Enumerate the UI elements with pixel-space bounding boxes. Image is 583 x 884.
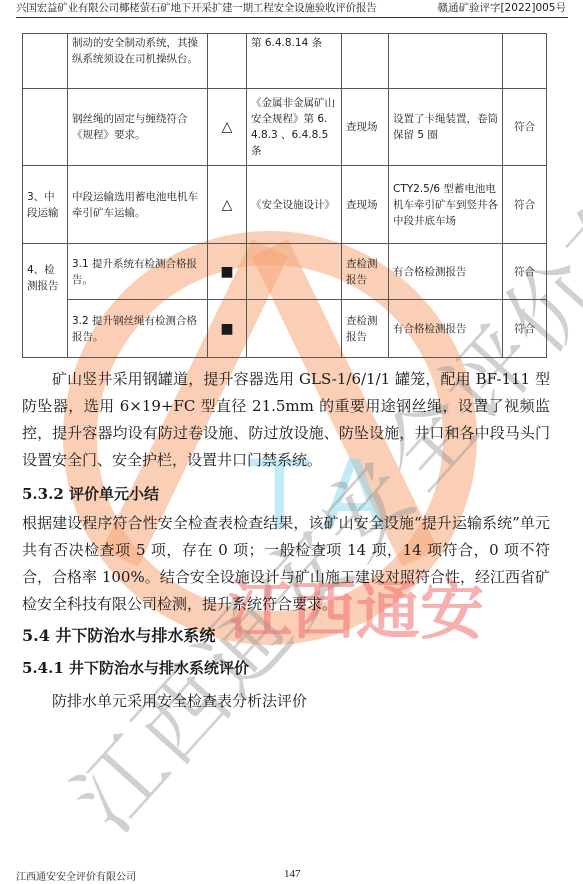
result-cell: 符合 [503,166,547,244]
table-row: 3、中段运输 中段运输选用蓄电池电机车牵引矿车运输。 △ 《安全设施设计》 查现… [23,166,547,244]
content-cell: 中段运输选用蓄电池电机车牵引矿车运输。 [68,166,208,244]
basis-cell: 《安全设施设计》 [247,166,342,244]
heading-5-4-1: 5.4.1 井下防治水与排水系统评价 [22,656,550,680]
actual-cell: 设置了卡绳装置，卷筒保留 5 圈 [389,89,503,166]
type-cell: △ [208,166,247,244]
result-cell: 符合 [503,300,547,358]
item-cell: 4、检测报告 [23,244,68,358]
paragraph-unit-summary: 根据建设程序符合性安全检查表检查结果，该矿山安全设施“提升运输系统”单元共有否决… [22,510,550,618]
content-cell: 钢丝绳的固定与缠绕符合《规程》要求。 [68,89,208,166]
table-row: 制动的安全制动系统，其操纵系统须设在司机操纵台。 第 6.4.8.14 条 [23,34,547,89]
result-cell [503,34,547,89]
document-number: 赣通矿验评字[2022]005号 [438,0,566,16]
method-cell: 查现场 [342,89,389,166]
type-cell [208,34,247,89]
page-header: 兴国宏益矿业有限公司椰栳萤石矿地下开采扩建一期工程安全设施验收评价报告 赣通矿验… [16,0,568,18]
basis-cell: 第 6.4.8.14 条 [247,34,342,89]
type-cell: ■ [208,300,247,358]
table-row: 钢丝绳的固定与缠绕符合《规程》要求。 △ 《金属非金属矿山安全规程》第 6.4.… [23,89,547,166]
type-cell: △ [208,89,247,166]
body-content: 矿山竖井采用钢罐道，提升容器选用 GLS-1/6/1/1 罐笼，配用 BF-11… [22,366,550,715]
actual-cell [389,34,503,89]
footer-company: 江西通安安全评价有限公司 [16,868,136,883]
heading-5-4: 5.4 井下防治水与排水系统 [22,624,550,648]
item-cell: 3、中段运输 [23,166,68,244]
method-cell: 查检测报告 [342,300,389,358]
actual-cell: 有合格检测报告 [389,300,503,358]
actual-cell: 有合格检测报告 [389,244,503,300]
table-row: 4、检测报告 3.1 提升系统有检测合格报告。 ■ 查检测报告 有合格检测报告 … [23,244,547,300]
basis-cell: 《金属非金属矿山安全规程》第 6.4.8.3 、6.4.8.5 条 [247,89,342,166]
method-cell: 查检测报告 [342,244,389,300]
content-cell: 3.1 提升系统有检测合格报告。 [68,244,208,300]
paragraph-hoist-description: 矿山竖井采用钢罐道，提升容器选用 GLS-1/6/1/1 罐笼，配用 BF-11… [22,366,550,474]
type-cell: ■ [208,244,247,300]
report-title: 兴国宏益矿业有限公司椰栳萤石矿地下开采扩建一期工程安全设施验收评价报告 [16,0,377,16]
content-cell: 3.2 提升钢丝绳有检测合格报告。 [68,300,208,358]
result-cell: 符合 [503,89,547,166]
method-cell [342,34,389,89]
safety-checklist-table: 制动的安全制动系统，其操纵系统须设在司机操纵台。 第 6.4.8.14 条 钢丝… [22,33,547,358]
basis-cell [247,244,342,300]
item-cell [23,89,68,166]
item-cell [23,34,68,89]
basis-cell [247,300,342,358]
heading-5-3-2: 5.3.2 评价单元小结 [22,482,550,506]
method-cell: 查现场 [342,166,389,244]
content-cell: 制动的安全制动系统，其操纵系统须设在司机操纵台。 [68,34,208,89]
table-row: 3.2 提升钢丝绳有检测合格报告。 ■ 查检测报告 有合格检测报告 符合 [23,300,547,358]
actual-cell: CTY2.5/6 型蓄电池电机车牵引矿车到竖井各中段井底车场 [389,166,503,244]
page-number: 147 [284,868,301,880]
page-footer: 江西通安安全评价有限公司 147 [16,868,568,882]
result-cell: 符合 [503,244,547,300]
paragraph-drainage-method: 防排水单元采用安全检查表分析法评价 [22,688,550,715]
